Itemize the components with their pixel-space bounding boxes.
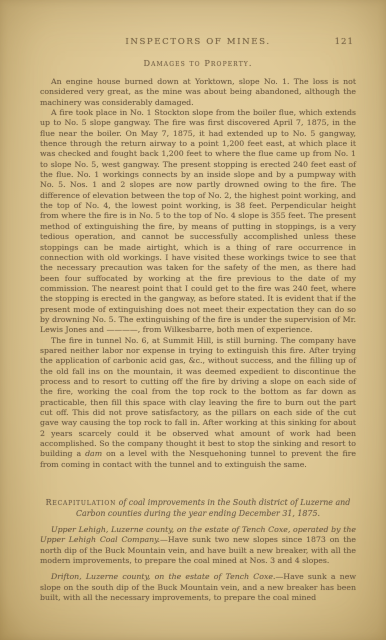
italic-word-dam: dam bbox=[85, 449, 102, 458]
recapitulation-heading-smallcaps: Recapitulation bbox=[46, 498, 116, 507]
running-header: INSPECTORS OF MINES. 121 bbox=[40, 37, 356, 49]
paragraph-summit-hill-fire: The fire in tunnel No. 6, at Summit Hill… bbox=[40, 336, 356, 470]
running-header-title: INSPECTORS OF MINES. bbox=[40, 37, 356, 47]
recapitulation-heading-italic: of coal improvements in the South distri… bbox=[76, 498, 350, 518]
section-heading-damages-to-property: Damages to Property. bbox=[40, 58, 356, 68]
recap-entry-drifton: Drifton, Luzerne county, on the estate o… bbox=[40, 572, 356, 603]
recap-entry-drifton-lead: Drifton, Luzerne county, on the estate o… bbox=[51, 572, 275, 581]
scanned-book-page: INSPECTORS OF MINES. 121 Damages to Prop… bbox=[0, 0, 386, 640]
paragraph-engine-house: An engine house burned down at Yorktown,… bbox=[40, 77, 356, 108]
recap-entry-upper-lehigh: Upper Lehigh, Luzerne county, on the est… bbox=[40, 525, 356, 566]
page-number: 121 bbox=[335, 37, 354, 47]
recapitulation-heading: Recapitulation of coal improvements in t… bbox=[40, 498, 356, 519]
paragraph-stockton-fire: A fire took place in No. 1 Stockton slop… bbox=[40, 108, 356, 336]
paragraph-summit-hill-text-pre: The fire in tunnel No. 6, at Summit Hill… bbox=[40, 336, 356, 459]
